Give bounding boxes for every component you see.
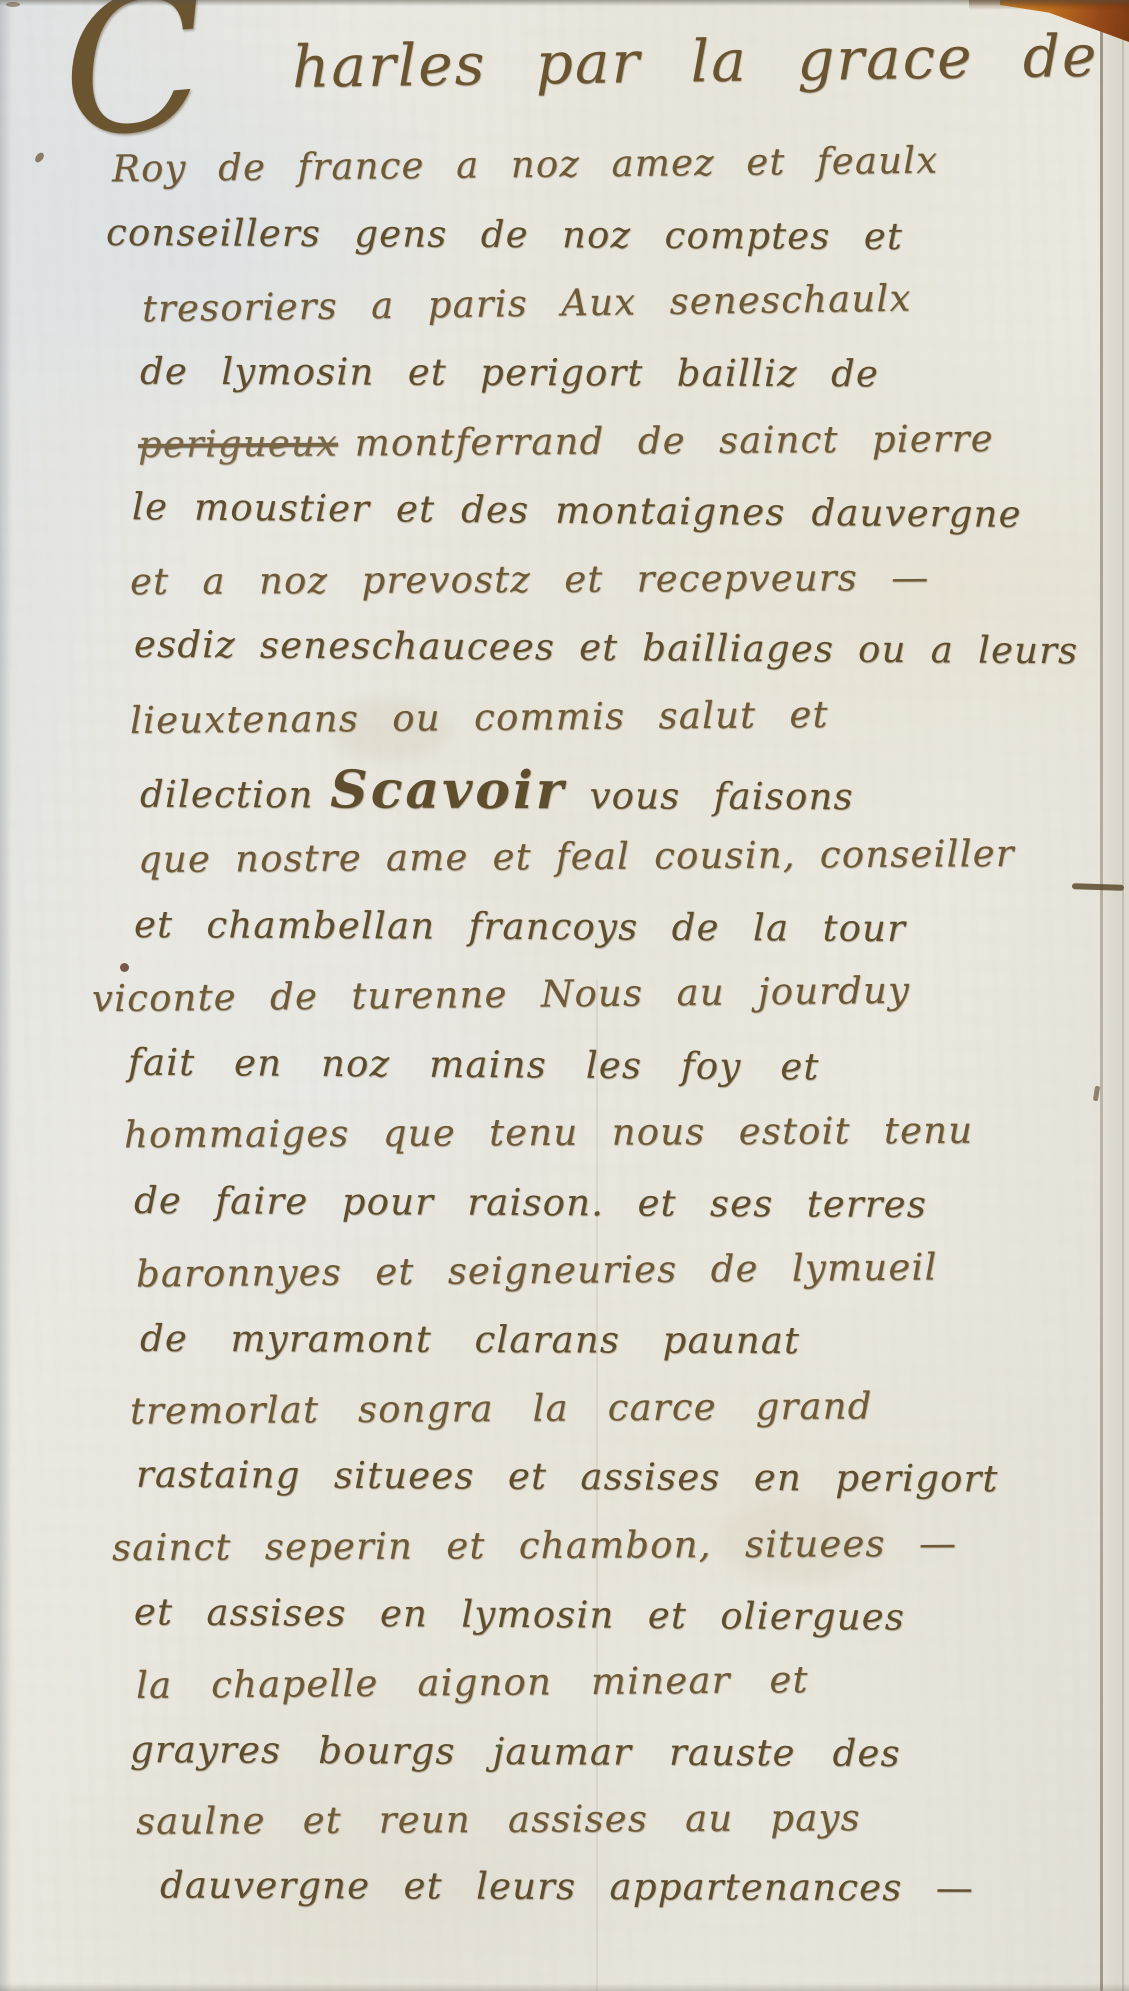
- scan-edge-bottom: [0, 1983, 1129, 1991]
- manuscript-line: le moustier et des montaignes dauvergne: [132, 488, 1022, 533]
- manuscript-line: saulne et reun assises au pays: [136, 1799, 861, 1840]
- manuscript-line: que nostre ame et feal cousin, conseille…: [138, 835, 1015, 878]
- heading-text: harles par la grace de dieu: [292, 19, 1129, 101]
- scan-edge-top: [0, 0, 1129, 6]
- manuscript-line: sainct seperin et chambon, situees —: [112, 1525, 957, 1566]
- right-fold-crease: [1100, 26, 1103, 1991]
- manuscript-line: tremorlat songra la carce grand: [130, 1387, 873, 1429]
- manuscript-line: grayres bourgs jaumar rauste des: [130, 1731, 901, 1772]
- manuscript-line: de faire pour raison. et ses terres: [134, 1182, 927, 1223]
- page-edge-strip: [1103, 0, 1129, 1991]
- struck-word: perigueux: [138, 422, 338, 466]
- manuscript-line: conseillers gens de noz comptes et: [106, 214, 903, 255]
- manuscript-line: tresoriers a paris Aux seneschaulx: [142, 280, 912, 328]
- manuscript-line: de myramont clarans paunat: [140, 1320, 800, 1359]
- manuscript-line: Roy de france a noz amez et feaulx: [112, 142, 939, 188]
- manuscript-line: lieuxtenans ou commis salut et: [130, 696, 829, 739]
- manuscript-line: la chapelle aignon minear et: [136, 1661, 809, 1704]
- manuscript-line: dilectionScavoirvous faisons: [140, 764, 854, 818]
- manuscript-line: fait en noz mains les foy et: [128, 1044, 820, 1086]
- scan-edge-left: [0, 0, 12, 1991]
- manuscript-line: baronnyes et seigneuries de lymueil: [136, 1249, 938, 1293]
- manuscript-line: perigueuxmontferrand de sainct pierre: [138, 420, 994, 463]
- manuscript-scan: { "page": { "kind": "handwritten manuscr…: [0, 0, 1129, 1991]
- decorative-initial-C: C: [54, 0, 214, 166]
- page-edge-line: [1122, 0, 1124, 1991]
- manuscript-line: et a noz prevostz et recepveurs —: [130, 559, 930, 600]
- manuscript-line: dauvergne et leurs appartenances —: [160, 1867, 974, 1907]
- ink-speck: [6, 2, 20, 7]
- manuscript-line: et chambellan francoys de la tour: [134, 906, 906, 947]
- ink-blot-red: [120, 963, 129, 972]
- ink-speck-green: [497, 1744, 502, 1749]
- manuscript-line: esdiz seneschaucees et bailliages ou a l…: [134, 626, 1079, 670]
- manuscript-line: et assises en lymosin et oliergues: [134, 1593, 905, 1635]
- center-fold-crease: [596, 980, 598, 1991]
- manuscript-line: rastaing situees et assises en perigort: [136, 1456, 999, 1498]
- manuscript-line: hommaiges que tenu nous estoit tenu: [124, 1112, 973, 1153]
- manuscript-line: viconte de turenne Nous au jourduy: [92, 972, 910, 1018]
- manuscript-line: de lymosin et perigort bailliz de: [140, 353, 879, 393]
